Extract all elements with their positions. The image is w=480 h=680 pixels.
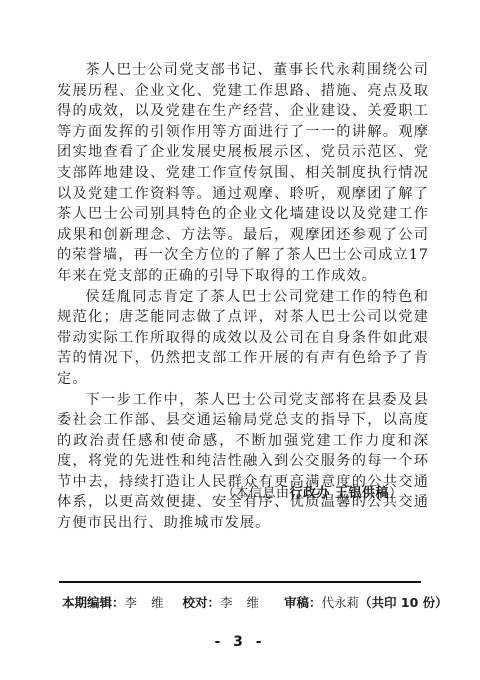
proofreader-label: 校对：: [183, 595, 221, 610]
document-page: 茶人巴士公司党支部书记、董事长代永莉围绕公司发展历程、企业文化、党建工作思路、措…: [0, 0, 480, 680]
page-number: - 3 -: [0, 634, 480, 650]
attribution-source: 行政办 王银供稿: [290, 486, 390, 501]
source-attribution: （本信息由行政办 王银供稿）: [222, 482, 403, 501]
reviewer-label: 审稿：: [284, 595, 322, 610]
paragraph-visit-description: 茶人巴士公司党支部书记、董事长代永莉围绕公司发展历程、企业文化、党建工作思路、措…: [57, 60, 429, 287]
editorial-footer: 本期编辑：李 维校对：李 维审稿：代永莉（共印 10 份）: [62, 593, 448, 611]
editor-name: 李 维: [125, 595, 169, 610]
attribution-prefix: （本信息由: [222, 486, 290, 501]
article-body: 茶人巴士公司党支部书记、董事长代永莉围绕公司发展历程、企业文化、党建工作思路、措…: [57, 60, 429, 534]
attribution-suffix: ）: [389, 486, 403, 501]
print-count: （共印 10 份）: [359, 595, 448, 610]
reviewer-name: 代永莉: [322, 595, 360, 610]
paragraph-next-steps: 下一步工作中，茶人巴士公司党支部将在县委及县委社会工作部、县交通运输局党总支的指…: [57, 390, 429, 534]
paragraph-leader-comments: 侯廷胤同志肯定了茶人巴士公司党建工作的特色和规范化；唐芝能同志做了点评，对茶人巴…: [57, 287, 429, 390]
editor-label: 本期编辑：: [62, 595, 125, 610]
proofreader-name: 李 维: [220, 595, 264, 610]
footer-divider: [59, 581, 421, 583]
